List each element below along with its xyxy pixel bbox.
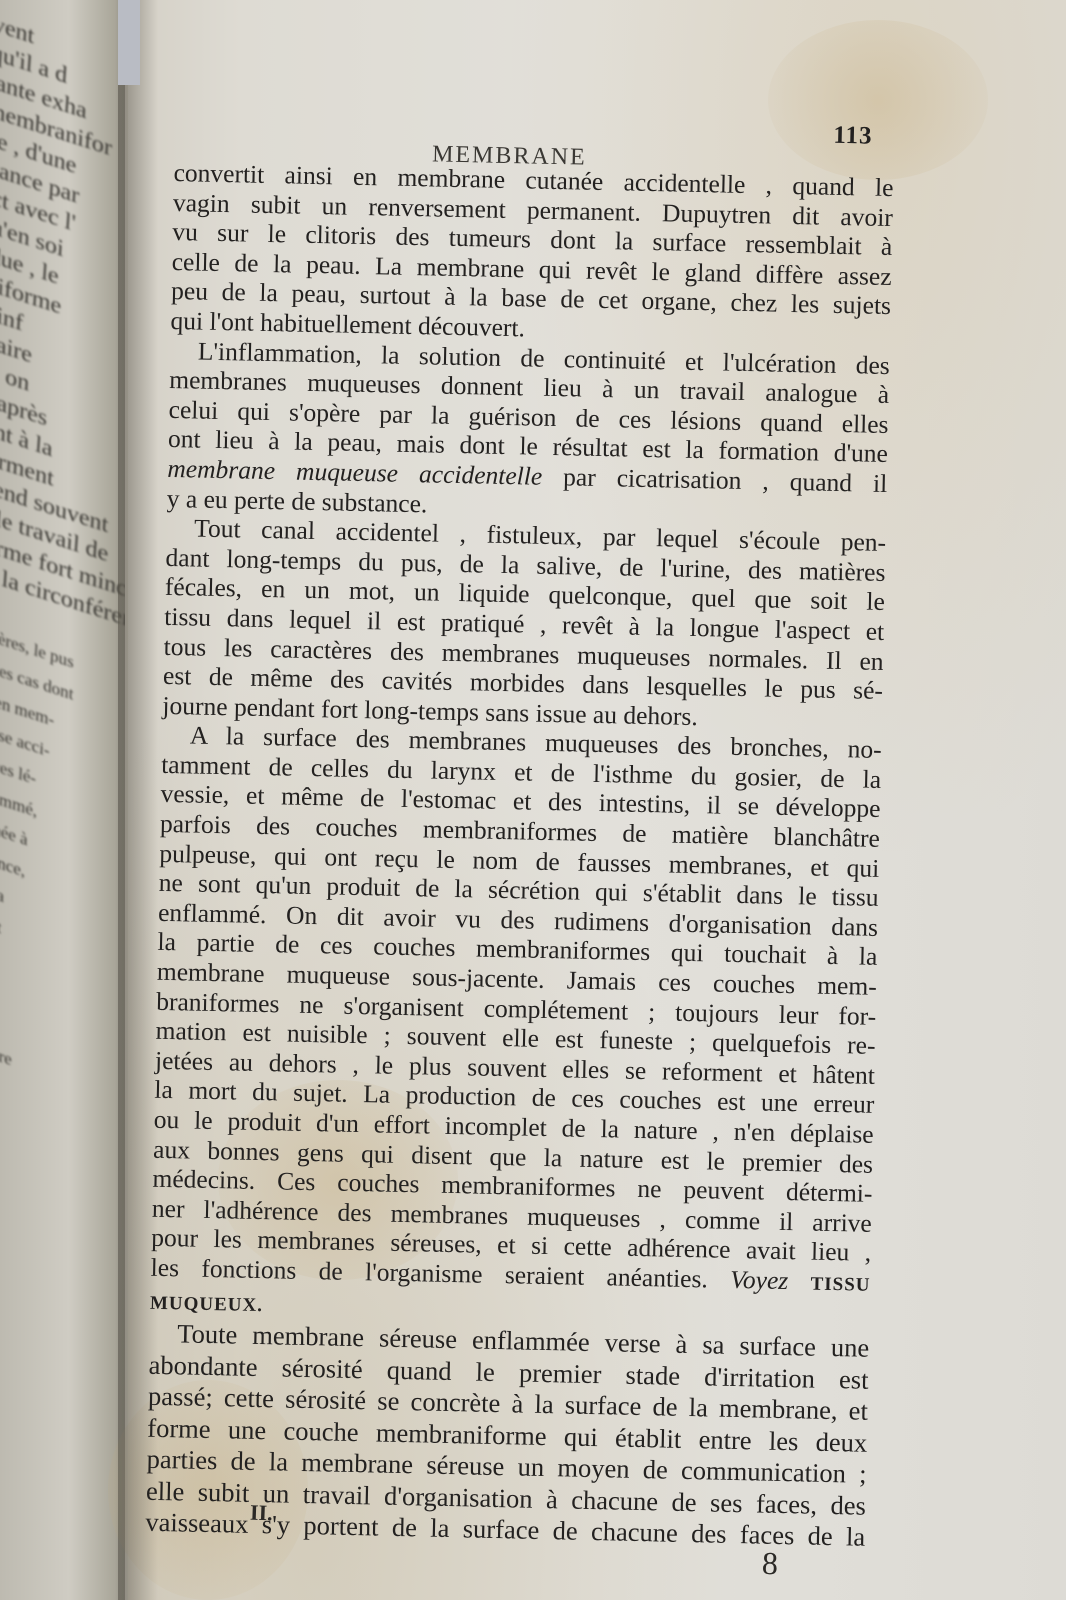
paragraph-4: A la surface des membranes muqueuses des…: [150, 720, 882, 1333]
page-number: 113: [833, 122, 873, 151]
cross-reference-term: TISSU: [810, 1274, 870, 1296]
background-behind-book: [118, 0, 140, 85]
facing-left-page: vent qu'il a d lante exha membranifor ge…: [0, 0, 125, 1600]
signature-volume-mark: II.: [250, 1500, 274, 1527]
cross-reference-voyez: Voyez: [730, 1265, 789, 1295]
paragraph-2: L'inflammation, la solution de continuit…: [167, 336, 891, 529]
paragraph-1: convertit ainsi en membrane cutanée acci…: [170, 158, 894, 351]
page-text-block: MEMBRANE 113 convertit ainsi en membrane…: [145, 108, 895, 1553]
signature-number: 8: [761, 1545, 778, 1583]
left-page-text-fragments: vent qu'il a d lante exha membranifor ge…: [0, 10, 125, 1126]
paragraph-3: Tout canal accidentel , fistuleux, par l…: [162, 513, 886, 735]
running-head-title: MEMBRANE: [432, 141, 587, 171]
cross-reference-term: MUQUEUX.: [150, 1292, 263, 1315]
